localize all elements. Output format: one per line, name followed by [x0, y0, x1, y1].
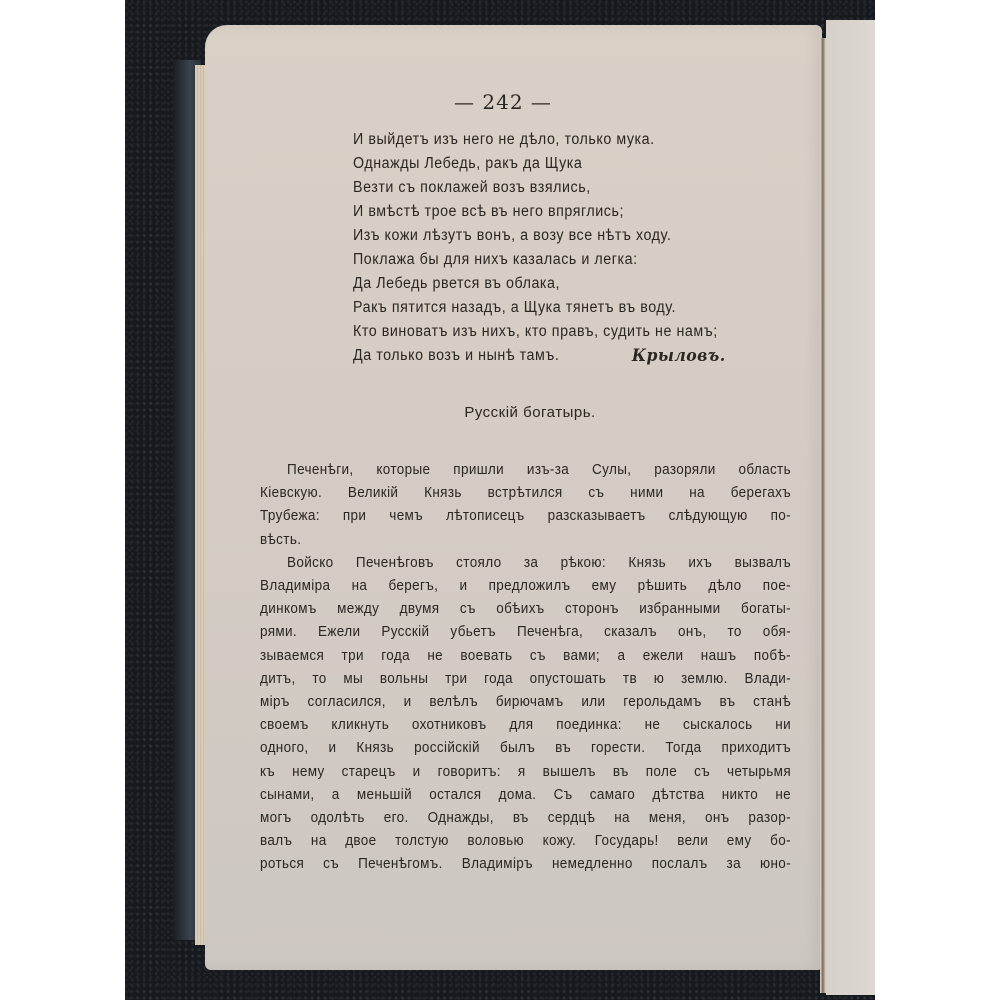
poem-line: Да только возъ и нынѣ тамъ.	[353, 344, 559, 368]
prose-line: рями. Ежели Русскій убьетъ Печенѣга, ска…	[260, 620, 791, 643]
prose-block: Печенѣги, которые пришли изъ-за Сулы, ра…	[260, 458, 790, 876]
poem-line: Да Лебедь рвется въ облака,	[353, 272, 703, 296]
prose-line: Владиміра на берегъ, и предложилъ ему рѣ…	[260, 574, 791, 597]
section-title: Русскій богатырь.	[260, 404, 800, 421]
page-content: — 242 — И выйдетъ изъ него не дѣло, толь…	[260, 0, 820, 1000]
prose-line: одного, и Князь россійскій былъ въ горес…	[260, 736, 791, 759]
poem-line: И выйдетъ изъ него не дѣло, только мука.	[353, 128, 703, 152]
prose-line: Печенѣги, которые пришли изъ-за Сулы, ра…	[260, 458, 791, 481]
poem-line: Везти съ поклажей возъ взялись,	[353, 176, 703, 200]
poem-line: И вмѣстѣ трое всѣ въ него впряглись;	[353, 200, 703, 224]
prose-line: роться съ Печенѣгомъ. Владиміръ немедлен…	[260, 852, 791, 875]
poem-line: Изъ кожи лѣзутъ вонъ, а возу все нѣтъ хо…	[353, 224, 703, 248]
prose-line: вѣсть.	[260, 528, 791, 551]
poem-author: Крыловъ.	[632, 344, 726, 368]
prose-line: міръ согласился, и велѣлъ бирючамъ или г…	[260, 690, 791, 713]
prose-line: сынами, а меньшій остался дома. Съ самаг…	[260, 783, 791, 806]
prose-line: зываемся три года не воевать съ вами; а …	[260, 644, 791, 667]
poem-line: Ракъ пятится назадъ, а Щука тянетъ въ во…	[353, 296, 703, 320]
prose-line: къ нему старецъ и говоритъ: я вышелъ въ …	[260, 760, 791, 783]
prose-line: динкомъ между двумя съ обѣихъ сторонъ из…	[260, 597, 791, 620]
poem-line: Поклажа бы для нихъ казалась и легка:	[353, 248, 703, 272]
prose-line: Трубежа: при чемъ лѣтописецъ разсказывае…	[260, 504, 791, 527]
prose-line: валъ на двое толстую воловью кожу. Госуд…	[260, 829, 791, 852]
poem-block: И выйдетъ изъ него не дѣло, только мука.…	[353, 128, 733, 368]
poem-line: Однажды Лебедь, ракъ да Щука	[353, 152, 703, 176]
prose-line: могъ одолѣть его. Однажды, въ сердцѣ на …	[260, 806, 791, 829]
page-number: — 242 —	[223, 90, 783, 114]
poem-line: Кто виноватъ изъ нихъ, кто правъ, судить…	[353, 320, 703, 344]
right-page-edge	[826, 20, 875, 995]
poem-last-line: Да только возъ и нынѣ тамъ. Крыловъ.	[353, 344, 726, 368]
prose-line: своемъ кликнуть охотниковъ для поединка:…	[260, 713, 791, 736]
prose-line: дитъ, то мы вольны три года опустошать т…	[260, 667, 791, 690]
prose-line: Кіевскую. Великій Князь встрѣтился съ ни…	[260, 481, 791, 504]
prose-line: Войско Печенѣговъ стояло за рѣкою: Князь…	[260, 551, 791, 574]
